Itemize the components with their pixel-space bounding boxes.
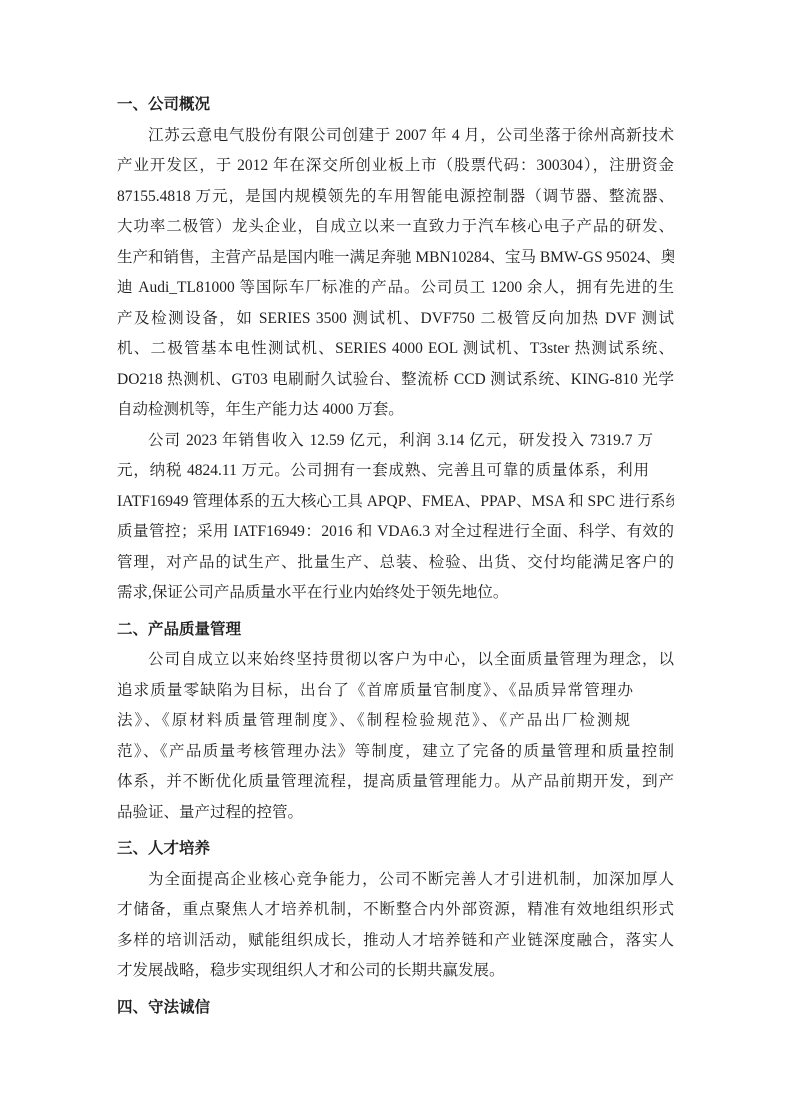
text-line: 法》、《原材料质量管理制度》、《制程检验规范》、《产品出厂检测规 — [117, 706, 630, 737]
text-line: IATF16949 管理体系的五大核心工具 APQP、FMEA、PPAP、MSA… — [117, 487, 674, 518]
paragraph: 公司自成立以来始终坚持贯彻以客户为中心，以全面质量管理为理念，以追求质量零缺陷为… — [117, 645, 674, 828]
section-heading-4: 四、守法诚信 — [117, 993, 674, 1024]
section-heading-3: 三、人才培养 — [117, 834, 674, 865]
text-line: 才储备，重点聚焦人才培养机制，不断整合内外部资源，精准有效地组织形式 — [117, 895, 674, 926]
text-line: 多样的培训活动，赋能组织成长，推动人才培养链和产业链深度融合，落实人 — [117, 926, 674, 957]
text-line: 产及检测设备，如 SERIES 3500 测试机、DVF750 二极管反向加热 … — [117, 304, 674, 335]
text-line: DO218 热测机、GT03 电刷耐久试验台、整流桥 CCD 测试系统、KING… — [117, 365, 674, 396]
text-line: 87155.4818 万元，是国内规模领先的车用智能电源控制器（调节器、整流器、 — [117, 182, 674, 213]
text-line: 为全面提高企业核心竞争能力，公司不断完善人才引进机制，加深加厚人 — [117, 865, 674, 896]
text-line: 公司自成立以来始终坚持贯彻以客户为中心，以全面质量管理为理念，以 — [117, 645, 674, 676]
text-line: 江苏云意电气股份有限公司创建于 2007 年 4 月，公司坐落于徐州高新技术 — [117, 121, 674, 152]
text-line: 机、二极管基本电性测试机、SERIES 4000 EOL 测试机、T3ster … — [117, 334, 674, 365]
text-line: 公司 2023 年销售收入 12.59 亿元，利润 3.14 亿元，研发投入 7… — [117, 426, 653, 457]
text-line: 追求质量零缺陷为目标，出台了《首席质量官制度》、《品质异常管理办 — [117, 676, 633, 707]
text-line: 品验证、量产过程的控管。 — [117, 798, 674, 829]
text-line: 生产和销售，主营产品是国内唯一满足奔驰 MBN10284、宝马 BMW-GS 9… — [117, 243, 674, 274]
document-body: 一、公司概况江苏云意电气股份有限公司创建于 2007 年 4 月，公司坐落于徐州… — [117, 90, 674, 1023]
text-line: 质量管控；采用 IATF16949：2016 和 VDA6.3 对全过程进行全面… — [117, 517, 674, 548]
text-line: 迪 Audi_TL81000 等国际车厂标准的产品。公司员工 1200 余人，拥… — [117, 273, 674, 304]
section-heading-2: 二、产品质量管理 — [117, 615, 674, 646]
text-line: 才发展战略，稳步实现组织人才和公司的长期共赢发展。 — [117, 956, 674, 987]
paragraph: 为全面提高企业核心竞争能力，公司不断完善人才引进机制，加深加厚人才储备，重点聚焦… — [117, 865, 674, 987]
text-line: 产业开发区，于 2012 年在深交所创业板上市（股票代码：300304），注册资… — [117, 151, 674, 182]
text-line: 需求,保证公司产品质量水平在行业内始终处于领先地位。 — [117, 578, 674, 609]
text-line: 大功率二极管）龙头企业，自成立以来一直致力于汽车核心电子产品的研发、 — [117, 212, 674, 243]
text-line: 管理，对产品的试生产、批量生产、总装、检验、出货、交付均能满足客户的 — [117, 548, 674, 579]
text-line: 元，纳税 4824.11 万元。公司拥有一套成熟、完善且可靠的质量体系，利用 — [117, 456, 649, 487]
text-line: 自动检测机等，年生产能力达 4000 万套。 — [117, 395, 674, 426]
section-heading-1: 一、公司概况 — [117, 90, 674, 121]
paragraph: 公司 2023 年销售收入 12.59 亿元，利润 3.14 亿元，研发投入 7… — [117, 426, 674, 609]
text-line: 范》、《产品质量考核管理办法》等制度，建立了完备的质量管理和质量控制 — [117, 737, 674, 768]
paragraph: 江苏云意电气股份有限公司创建于 2007 年 4 月，公司坐落于徐州高新技术产业… — [117, 121, 674, 426]
text-line: 体系，并不断优化质量管理流程，提高质量管理能力。从产品前期开发，到产 — [117, 767, 674, 798]
